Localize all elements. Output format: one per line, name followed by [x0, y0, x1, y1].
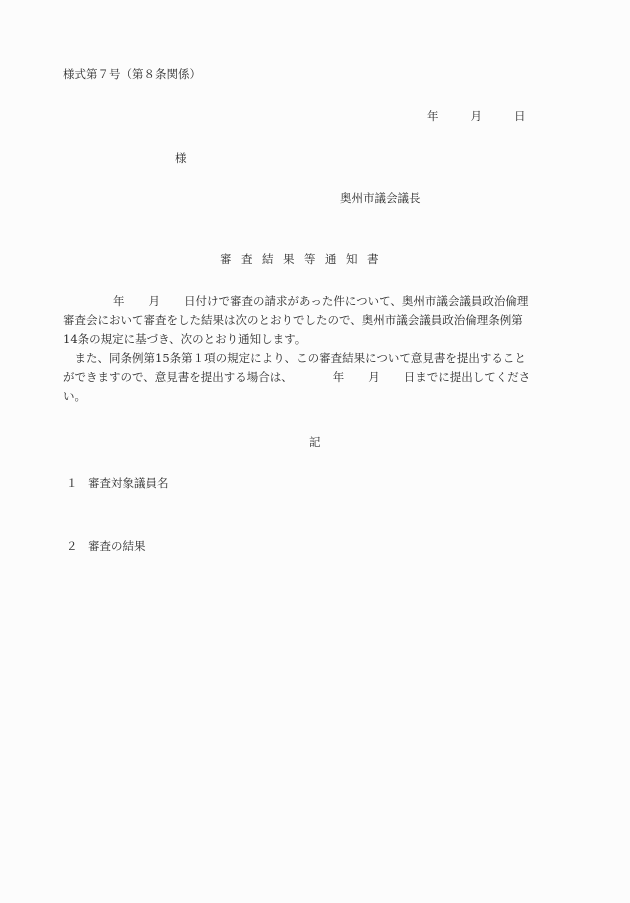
- ki-heading: 記: [309, 434, 321, 450]
- request-year: 年: [113, 294, 125, 308]
- paragraph-text: 日までに提出してくださ: [404, 370, 531, 384]
- item-number: ２: [66, 538, 88, 554]
- item-label: 審査対象議員名: [88, 476, 169, 490]
- document-title: 審査結果等通知書: [220, 251, 388, 267]
- paragraph-line: 審査会において審査をした結果は次のとおりでしたので、奥州市議会議員政治倫理条例第: [63, 311, 579, 330]
- paragraph-line: 14条の規定に基づき、次のとおり通知します。: [63, 330, 579, 349]
- item-label: 審査の結果: [88, 539, 146, 553]
- paragraph-opinion: また、同条例第15条第１項の規定により、この審査結果について意見書を提出すること…: [63, 349, 579, 406]
- paragraph-line: また、同条例第15条第１項の規定により、この審査結果について意見書を提出すること: [63, 349, 579, 368]
- deadline-month: 月: [368, 370, 380, 384]
- addressee-suffix: 様: [175, 150, 187, 166]
- paragraph-notification: 年月日付けで審査の請求があった件について、奥州市議会議員政治倫理 審査会において…: [63, 292, 579, 349]
- date-day: 日: [514, 108, 526, 124]
- deadline-year: 年: [333, 370, 345, 384]
- form-number: 様式第７号（第８条関係）: [63, 66, 201, 82]
- item-target-member: １審査対象議員名: [66, 475, 169, 491]
- date-month: 月: [471, 108, 483, 124]
- paragraph-line: ができますので、意見書を提出する場合は、年月日までに提出してくださ: [63, 368, 579, 387]
- paragraph-line: 年月日付けで審査の請求があった件について、奥州市議会議員政治倫理: [63, 292, 579, 311]
- paragraph-text: ができますので、意見書を提出する場合は、: [63, 370, 293, 384]
- request-month: 月: [149, 294, 161, 308]
- sender-name: 奥州市議会議長: [340, 190, 421, 206]
- date-line: 年月日: [427, 108, 526, 124]
- item-number: １: [66, 475, 88, 491]
- item-review-result: ２審査の結果: [66, 538, 146, 554]
- paragraph-text: 日付けで審査の請求があった件について、奥州市議会議員政治倫理: [184, 294, 528, 308]
- paragraph-line: い。: [63, 387, 579, 406]
- date-year: 年: [427, 108, 439, 124]
